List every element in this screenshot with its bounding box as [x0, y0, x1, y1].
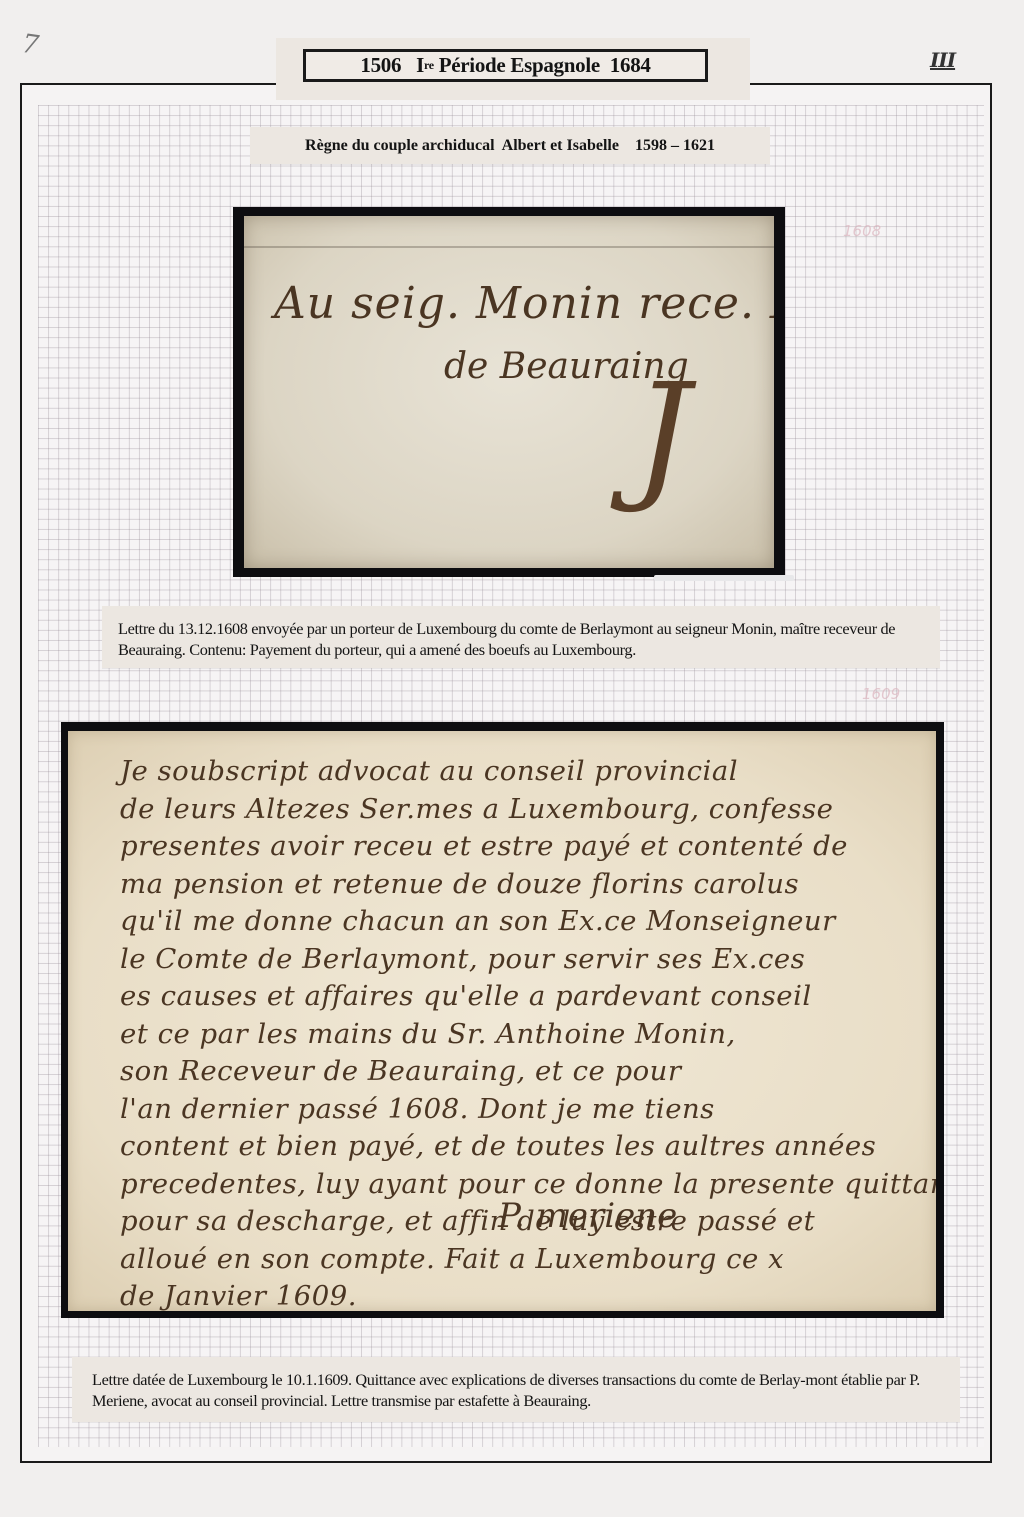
title-start-year: 1506: [360, 53, 401, 78]
title-end-year: 1684: [610, 53, 651, 78]
manuscript-line: et ce par les mains du Sr. Anthoine Moni…: [120, 1016, 936, 1054]
reign-subtitle: Règne du couple archiducal Albert et Isa…: [250, 127, 770, 164]
manuscript-line: Je soubscript advocat au conseil provinc…: [120, 753, 936, 791]
manuscript-line: content et bien payé, et de toutes les a…: [120, 1128, 936, 1166]
manuscript-line: son Receveur de Beauraing, et ce pour: [120, 1053, 936, 1091]
page-number: III: [930, 48, 955, 72]
letter-2-manuscript: Je soubscript advocat au conseil provinc…: [68, 731, 936, 1311]
postal-manuscript-mark: J: [634, 366, 690, 506]
paper-fold-line: [244, 246, 774, 248]
signature: P. meriene: [498, 1196, 677, 1236]
title-roman: I: [416, 53, 424, 78]
manuscript-line: de Janvier 1609.: [120, 1278, 936, 1311]
title-roman-suffix: re: [424, 58, 434, 73]
manuscript-line: de leurs Altezes Ser.mes a Luxembourg, c…: [120, 791, 936, 829]
pencil-date-note: 1609: [862, 685, 900, 703]
manuscript-line: le Comte de Berlaymont, pour servir ses …: [120, 941, 936, 979]
title-label: Période Espagnole: [439, 53, 600, 78]
address-line-1: Au seig. Monin rece. Receu.: [274, 278, 774, 329]
manuscript-line: l'an dernier passé 1608. Dont je me tien…: [120, 1091, 936, 1129]
letter-1-cover: Au seig. Monin rece. Receu. de Beauraing…: [244, 216, 774, 568]
manuscript-line: es causes et affaires qu'elle a pardevan…: [120, 978, 936, 1016]
manuscript-line: ma pension et retenue de douze florins c…: [120, 866, 936, 904]
manuscript-line: alloué en son compte. Fait a Luxembourg …: [120, 1241, 936, 1279]
page-title: 1506 Ire Période Espagnole 1684: [303, 49, 708, 82]
manuscript-line: presentes avoir receu et estre payé et c…: [120, 828, 936, 866]
pencil-date-note: 1608: [843, 222, 881, 240]
manuscript-line: qu'il me donne chacun an son Ex.ce Monse…: [120, 903, 936, 941]
letter-2-caption: Lettre datée de Luxembourg le 10.1.1609.…: [72, 1357, 960, 1422]
letter-1-caption: Lettre du 13.12.1608 envoyée par un port…: [102, 606, 940, 668]
handwritten-page-number: 7: [20, 29, 41, 61]
mount-sleeve-edge: [654, 575, 794, 581]
